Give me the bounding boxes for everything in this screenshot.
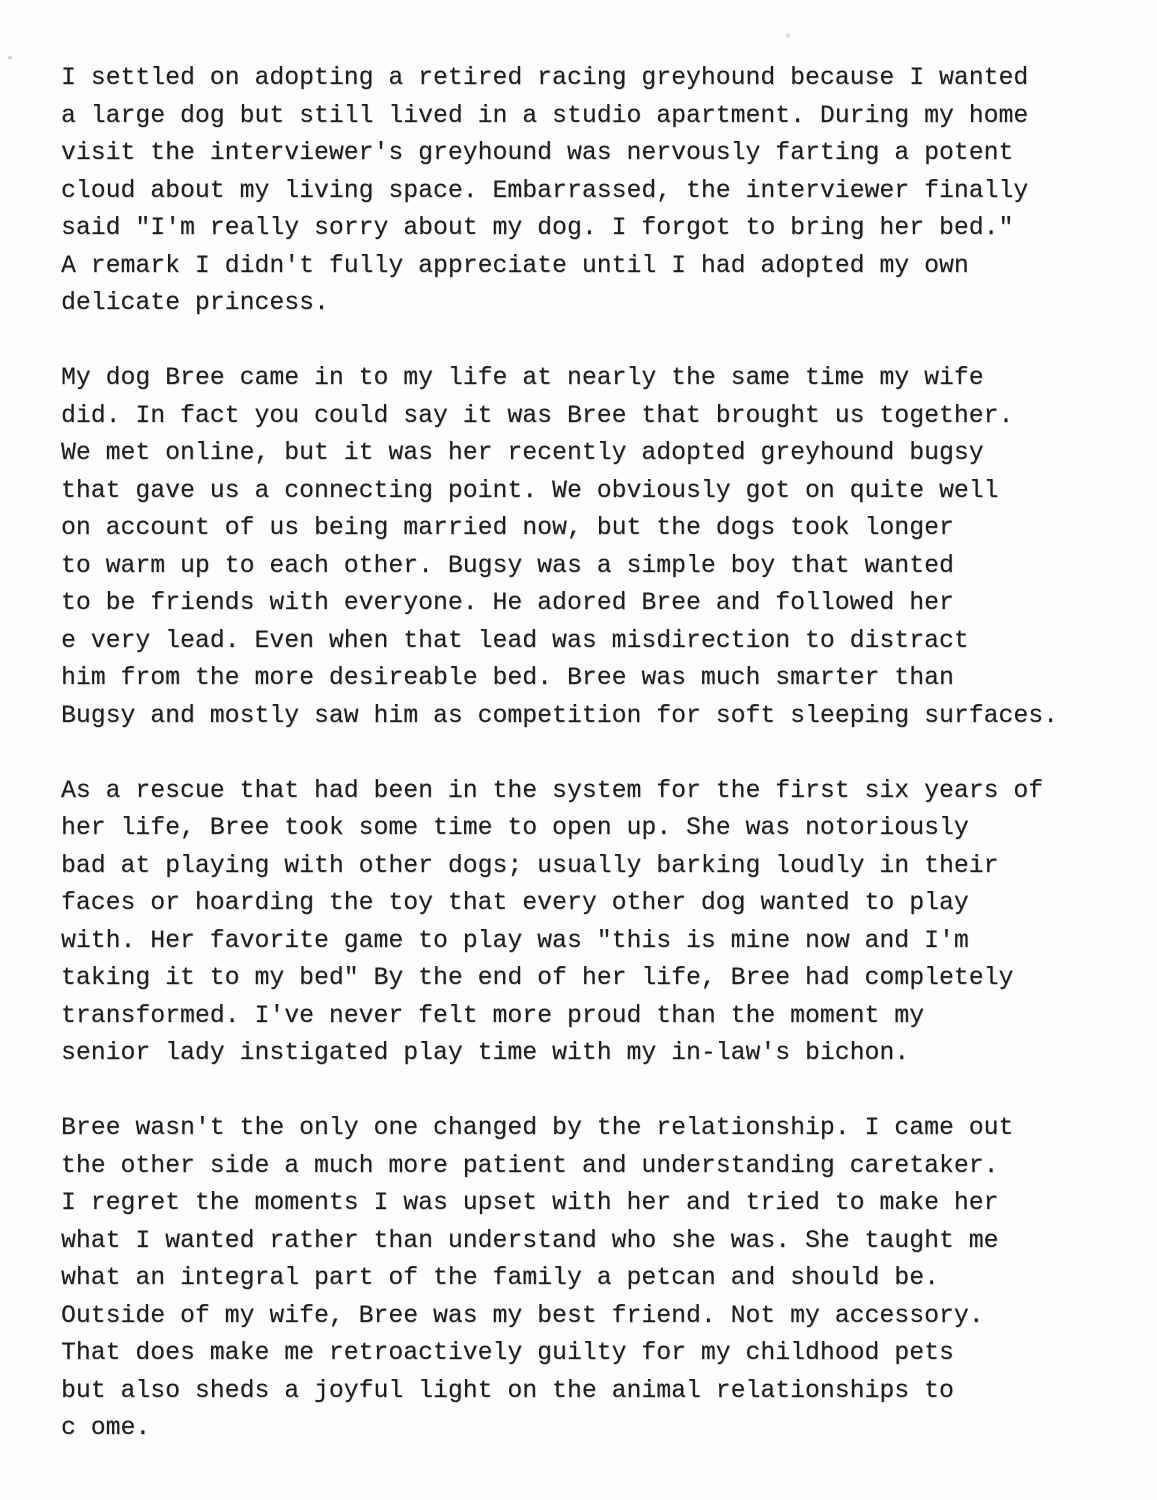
essay-text-block: I settled on adopting a retired racing g… <box>61 60 1091 1448</box>
paper-speck <box>786 33 790 38</box>
document-page: I settled on adopting a retired racing g… <box>0 0 1157 1500</box>
paragraph-rescue-transformation: As a rescue that had been in the system … <box>61 773 1091 1073</box>
paragraph-bree-and-bugsy: My dog Bree came in to my life at nearly… <box>61 360 1091 735</box>
paragraph-adoption-intro: I settled on adopting a retired racing g… <box>61 60 1091 323</box>
paper-speck <box>8 56 12 59</box>
paragraph-reflection: Bree wasn't the only one changed by the … <box>61 1110 1091 1448</box>
